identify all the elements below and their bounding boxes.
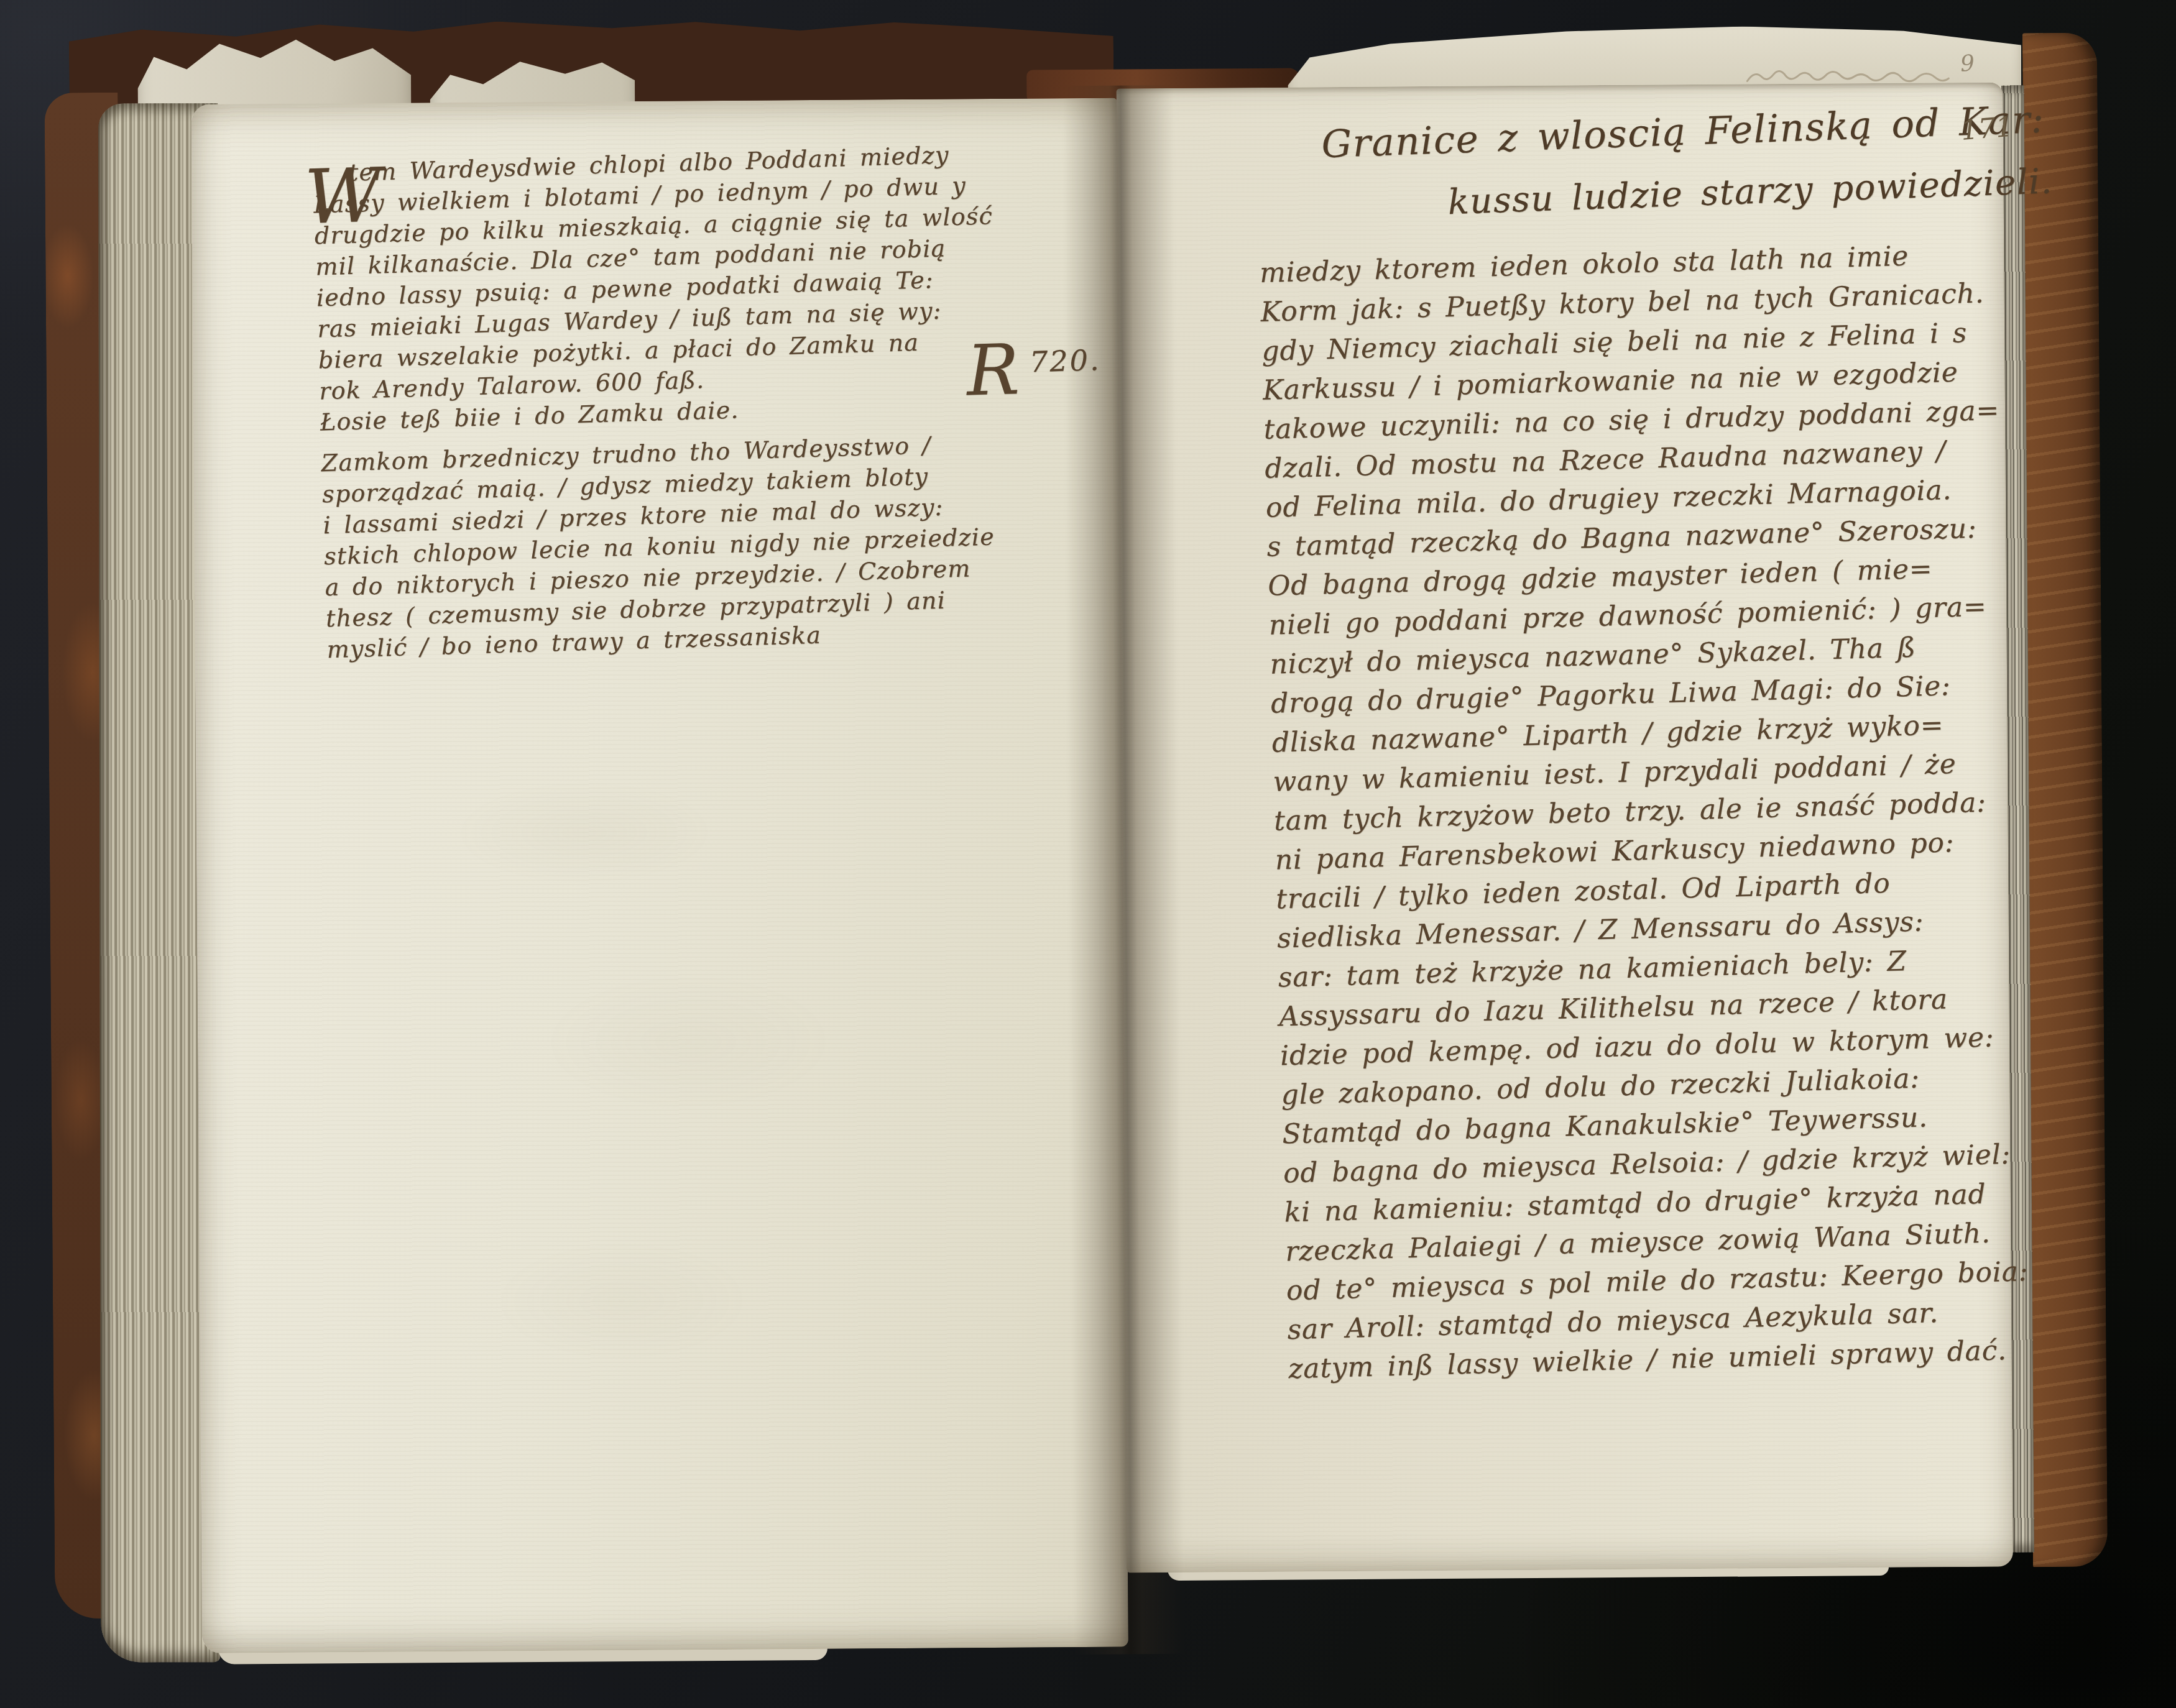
slip-numeral: 9 (1960, 50, 1975, 76)
manuscript-book: 9 W tem Wardeysdwie chlopi albo Poddani … (44, 10, 2114, 1696)
margin-note-symbol: R (966, 329, 1021, 411)
margin-note: R720. (966, 333, 1102, 406)
right-page-heading: Granice z wloscią Felinską od Kar:kussu … (1321, 88, 2054, 238)
drop-cap: W (303, 158, 383, 236)
right-cover-edge (2022, 33, 2108, 1568)
left-paragraph-2: Zamkom brzedniczy trudno tho Wardeysstwo… (321, 426, 1061, 665)
margin-note-value: 720. (1029, 343, 1101, 379)
right-page-body-text: miedzy ktorem ieden okolo sta lath na im… (1259, 234, 2022, 1389)
page-number: 171 (1960, 111, 2014, 147)
left-paragraph-1: tem Wardeysdwie chlopi albo Poddani mied… (312, 137, 1054, 438)
photograph-background: 9 W tem Wardeysdwie chlopi albo Poddani … (0, 0, 2176, 1708)
left-page-text: W tem Wardeysdwie chlopi albo Poddani mi… (312, 137, 1061, 666)
